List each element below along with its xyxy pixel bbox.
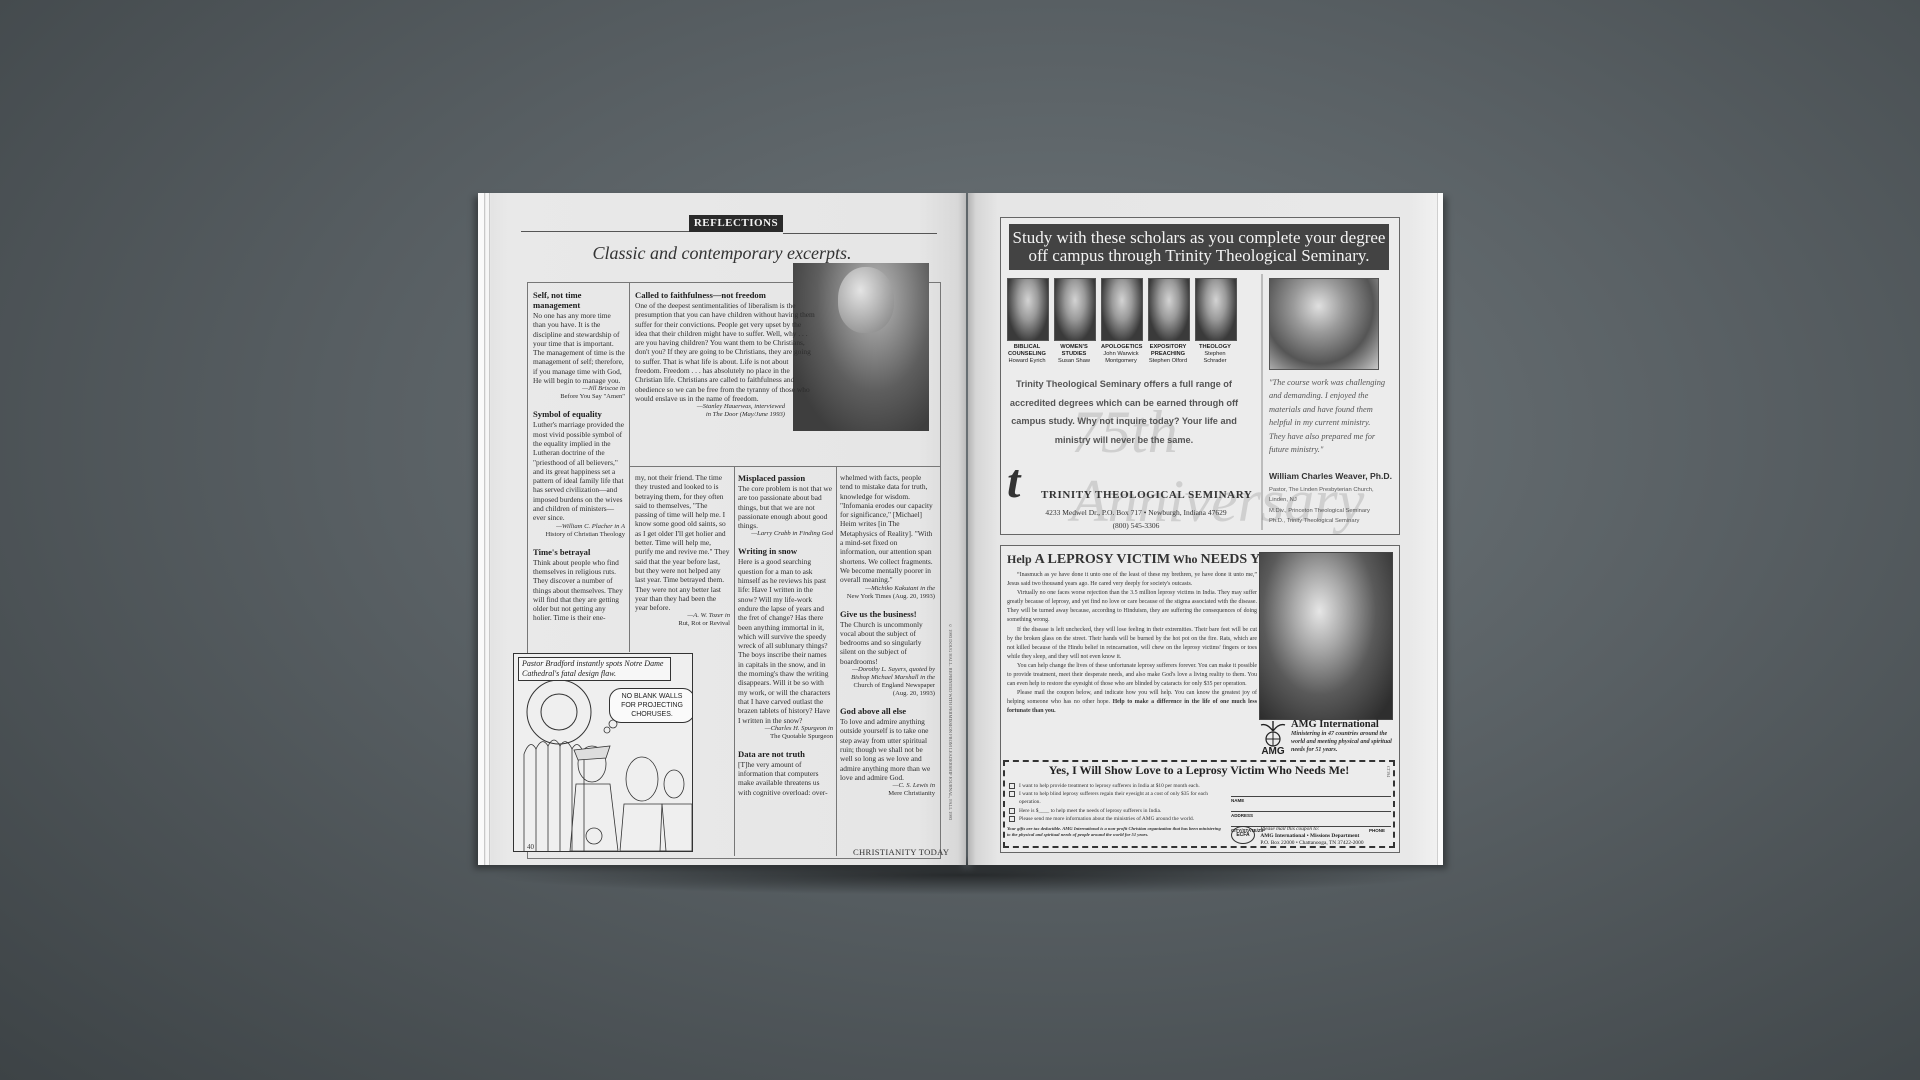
right-page: Study with these scholars as you complet…	[968, 193, 1443, 865]
scholar-photo	[1007, 278, 1049, 341]
coupon-option[interactable]: I want to help blind leprosy sufferers r…	[1009, 790, 1221, 806]
testimonial-quote: "The course work was challenging and dem…	[1269, 376, 1387, 456]
excerpt-featured: Called to faithfulness—not freedom One o…	[635, 290, 815, 427]
testimonial-photo	[1269, 278, 1379, 370]
seminary-ad: Study with these scholars as you complet…	[1000, 217, 1400, 535]
scholar-card: WOMEN'S STUDIES Susan Shaw	[1054, 278, 1094, 365]
city-state-zip-field[interactable]: CITY/STATE/ZIPPHONE	[1231, 812, 1391, 827]
org-name: AMG International	[1291, 719, 1397, 730]
coupon-headline: Yes, I Will Show Love to a Leprosy Victi…	[1005, 763, 1393, 778]
seminary-contact: 4233 Medwel Dr., P.O. Box 717 • Newburgh…	[1041, 506, 1231, 532]
excerpt-title: God above all else	[840, 706, 935, 716]
coupon-option[interactable]: I want to help provide treatment to lepr…	[1009, 782, 1221, 790]
coupon-options: I want to help provide treatment to lepr…	[1009, 782, 1221, 823]
excerpt-body: To love and admire anything outside your…	[840, 717, 935, 782]
org-tagline: Ministering in 47 countries around the w…	[1291, 730, 1397, 754]
seminary-phone: (800) 545-3306	[1041, 519, 1231, 532]
author-photo-head	[838, 267, 894, 333]
excerpt-body: [T]he very amount of information that co…	[738, 760, 833, 797]
excerpt-attribution: —Larry Crabb in Finding God	[738, 530, 833, 538]
excerpt-body: One of the deepest sentimentalities of l…	[635, 301, 815, 403]
checkbox[interactable]	[1009, 783, 1015, 789]
column-divider	[629, 282, 630, 652]
donation-coupon[interactable]: Yes, I Will Show Love to a Leprosy Victi…	[1003, 760, 1395, 848]
excerpt-attribution: —Dorothy L. Sayers, quoted by Bishop Mic…	[840, 666, 935, 698]
scholar-name: Howard Eyrich	[1007, 358, 1047, 365]
scholar-subject: APOLOGETICS	[1101, 344, 1141, 351]
excerpt-body-continued: whelmed with facts, people tend to mista…	[840, 473, 935, 585]
checkbox[interactable]	[1009, 791, 1015, 797]
scholar-card: APOLOGETICS John Warwick Montgomery	[1101, 278, 1141, 365]
scholar-photo	[1195, 278, 1237, 341]
excerpt-body: Think about people who find themselves i…	[533, 558, 625, 623]
seminary-ad-body: Trinity Theological Seminary offers a fu…	[1009, 375, 1239, 449]
leprosy-ad-body: “Inasmuch as ye have done it unto one of…	[1007, 571, 1257, 717]
excerpt-body: Luther's marriage provided the most vivi…	[533, 420, 625, 522]
excerpt-body: Here is a good searching question for a …	[738, 557, 833, 724]
cartoon-thought-bubble: NO BLANK WALLS FOR PROJECTING CHORUSES.	[609, 688, 693, 723]
coupon-option[interactable]: Here is $____ to help meet the needs of …	[1009, 807, 1221, 815]
column-divider	[836, 466, 837, 856]
magazine-name: CHRISTIANITY TODAY	[853, 847, 949, 857]
excerpt-column-4: whelmed with facts, people tend to mista…	[840, 473, 935, 806]
page-subtitle: Classic and contemporary excerpts.	[478, 243, 966, 264]
excerpt-body: The core problem is not that we are too …	[738, 484, 833, 530]
excerpt-title: Symbol of equality	[533, 409, 625, 419]
seminary-ad-headline: Study with these scholars as you complet…	[1009, 224, 1389, 270]
coupon-fields: NAME ADDRESS CITY/STATE/ZIPPHONE	[1231, 782, 1391, 827]
excerpt-body-continued: my, not their friend. The time they trus…	[635, 473, 730, 612]
seminary-name: TRINITY THEOLOGICAL SEMINARY	[1041, 489, 1252, 501]
leprosy-ad: Help A LEPROSY VICTIM Who NEEDS YOU! “In…	[1000, 545, 1400, 853]
column-divider	[734, 466, 735, 856]
mailing-info: ECFA Please mail this coupon to: AMG Int…	[1231, 826, 1391, 847]
scholar-name: John Warwick Montgomery	[1101, 351, 1141, 365]
page-edge	[478, 193, 485, 865]
scholar-photo	[1054, 278, 1096, 341]
row-divider	[629, 466, 940, 467]
testimonial-name: William Charles Weaver, Ph.D.	[1269, 471, 1392, 481]
cartoon-drawing	[514, 654, 692, 851]
excerpt-title: Time's betrayal	[533, 547, 625, 557]
page-number: 40	[527, 843, 534, 851]
left-page: REFLECTIONS Classic and contemporary exc…	[478, 193, 966, 865]
scholar-card: EXPOSITORY PREACHING Stephen Olford	[1148, 278, 1188, 365]
scholar-subject: WOMEN'S STUDIES	[1054, 344, 1094, 358]
excerpt-attribution: —Stanley Hauerwas, interviewedin The Doo…	[635, 403, 785, 419]
checkbox[interactable]	[1009, 808, 1015, 814]
scholar-name: Susan Shaw	[1054, 358, 1094, 365]
section-tag: REFLECTIONS	[689, 215, 783, 232]
scholar-name: Stephen Olford	[1148, 358, 1188, 365]
excerpt-attribution: —A. W. Tozer inRut, Rot or Revival	[635, 612, 730, 628]
header-rule	[783, 233, 937, 234]
excerpt-attribution: —William C. Placher in AHistory of Chris…	[533, 523, 625, 539]
excerpt-title: Misplaced passion	[738, 473, 833, 483]
ecfa-badge-icon: ECFA	[1231, 826, 1255, 844]
excerpt-attribution: —Charles H. Spurgeon inThe Quotable Spur…	[738, 725, 833, 741]
coupon-fine-print: Your gifts are tax deductible. AMG Inter…	[1007, 826, 1221, 838]
checkbox[interactable]	[1009, 816, 1015, 822]
scholar-name: Stephen Schrader	[1195, 351, 1235, 365]
name-field[interactable]: NAME	[1231, 782, 1391, 797]
testimonial-credentials: Pastor, The Linden Presbyterian Church, …	[1269, 485, 1389, 526]
scholar-subject: EXPOSITORY PREACHING	[1148, 344, 1188, 358]
scholar-photo	[1148, 278, 1190, 341]
leprosy-victim-photo	[1259, 552, 1393, 720]
excerpt-column-1: Self, not time management No one has any…	[533, 290, 625, 623]
coupon-code: CT394	[1386, 766, 1391, 777]
amg-branding: AMG AMG International Ministering in 47 …	[1257, 719, 1397, 754]
address-field[interactable]: ADDRESS	[1231, 797, 1391, 812]
excerpt-title: Called to faithfulness—not freedom	[635, 290, 815, 300]
excerpt-attribution: —Michiko Kakutani in theNew York Times (…	[840, 585, 935, 601]
excerpt-column-3: Misplaced passion The core problem is no…	[738, 473, 833, 797]
page-edge	[1437, 193, 1443, 865]
excerpt-title: Data are not truth	[738, 749, 833, 759]
seminary-logo-icon: t	[1007, 454, 1020, 509]
cartoon-caption: Pastor Bradford instantly spots Notre Da…	[518, 657, 671, 681]
copyright-credit: © 1993 DOUG HALL. REPRINTED WITH PERMISS…	[948, 623, 953, 858]
excerpt-column-2: my, not their friend. The time they trus…	[635, 473, 730, 636]
excerpt-title: Writing in snow	[738, 546, 833, 556]
excerpt-title: Self, not time management	[533, 290, 625, 310]
scholar-photo	[1101, 278, 1143, 341]
page-edge	[486, 193, 490, 865]
excerpt-title: Give us the business!	[840, 609, 935, 619]
cartoon-panel: Pastor Bradford instantly spots Notre Da…	[513, 653, 693, 852]
leprosy-ad-headline: Help A LEPROSY VICTIM Who NEEDS YOU!	[1007, 552, 1286, 568]
excerpt-body: The Church is uncommonly vocal about the…	[840, 620, 935, 666]
amg-globe-logo-icon: AMG	[1257, 719, 1289, 759]
excerpt-body: No one has any more time than you have. …	[533, 311, 625, 385]
scholar-subject: THEOLOGY	[1195, 344, 1235, 351]
scholar-subject: BIBLICAL COUNSELING	[1007, 344, 1047, 358]
scholar-card: BIBLICAL COUNSELING Howard Eyrich	[1007, 278, 1047, 365]
coupon-option[interactable]: Please send me more information about th…	[1009, 815, 1221, 823]
scholar-card: THEOLOGY Stephen Schrader	[1195, 278, 1235, 365]
header-rule	[521, 231, 689, 232]
seminary-address: 4233 Medwel Dr., P.O. Box 717 • Newburgh…	[1041, 506, 1231, 519]
excerpt-attribution: —C. S. Lewis inMere Christianity	[840, 782, 935, 798]
excerpt-attribution: —Jill Briscoe inBefore You Say "Amen"	[533, 385, 625, 401]
